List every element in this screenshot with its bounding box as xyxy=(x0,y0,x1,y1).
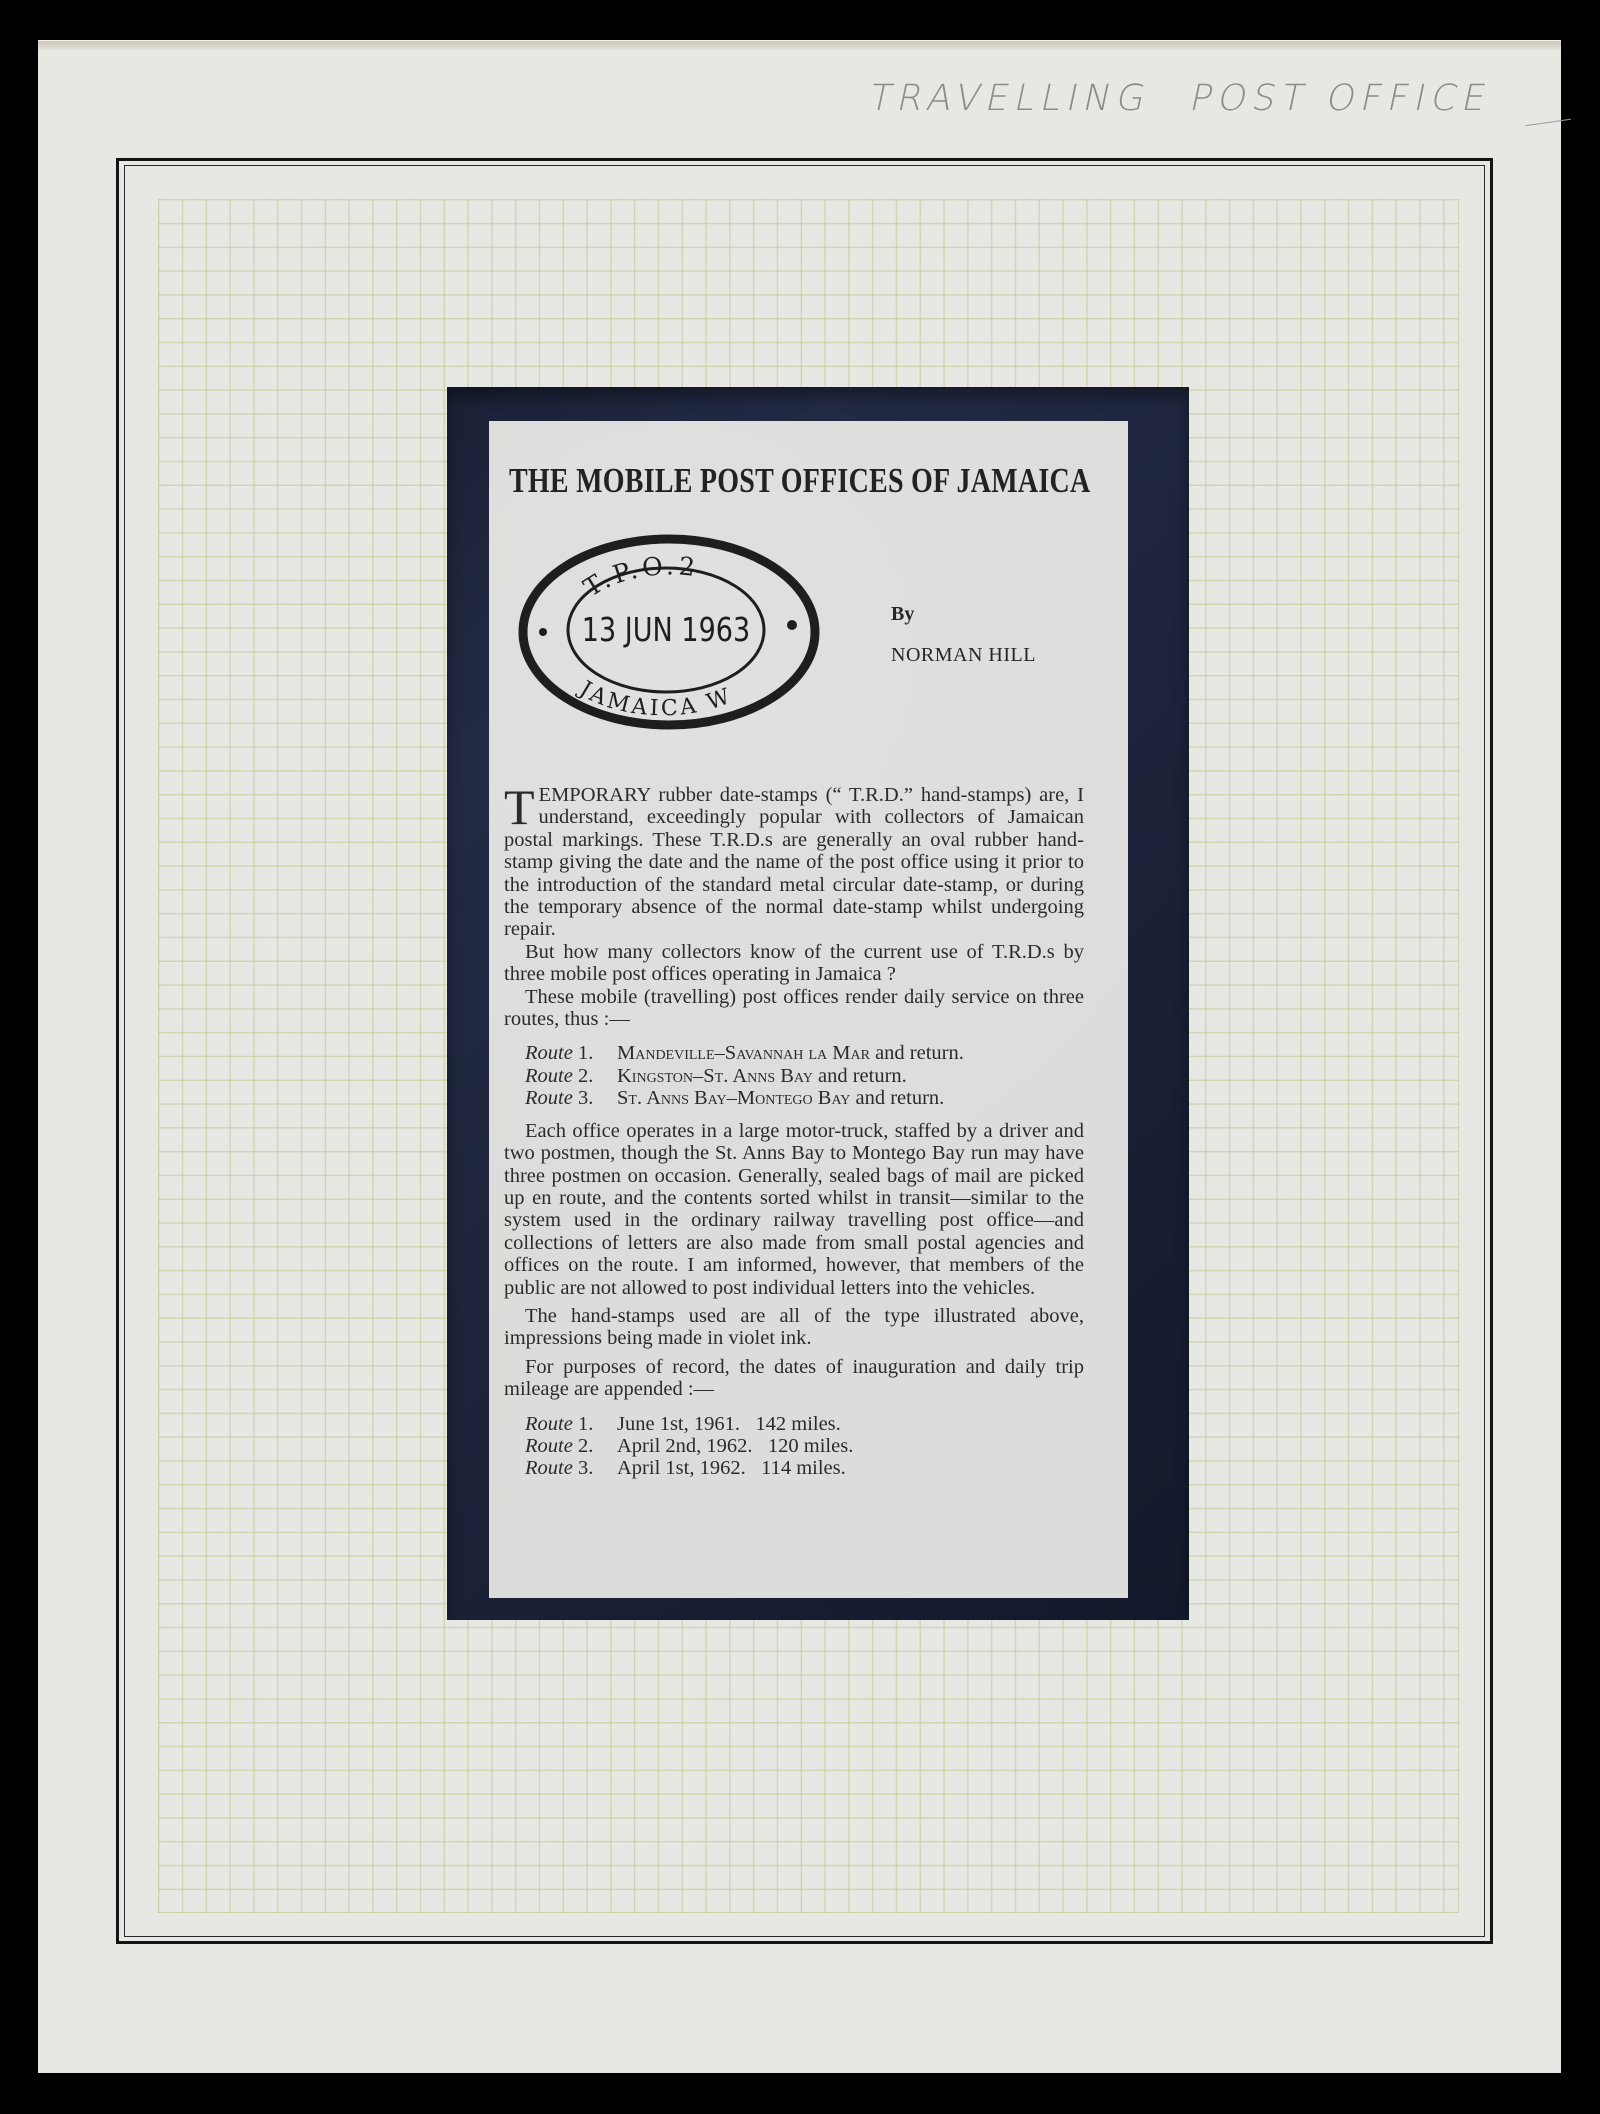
route-item: Route 3.St. Anns Bay–Montego Bay and ret… xyxy=(525,1087,1084,1109)
route-item: Route 2.Kingston–St. Anns Bay and return… xyxy=(525,1065,1084,1087)
paragraph-2: But how many collectors know of the curr… xyxy=(504,941,1084,986)
paragraph-3: These mobile (travelling) post offices r… xyxy=(504,986,1084,1031)
paragraph-1: TEMPORARY rubber date-stamps (“ T.R.D.” … xyxy=(504,784,1084,941)
byline: By NORMAN HILL xyxy=(891,603,1036,667)
inauguration-list: Route 1.June 1st, 1961. 142 miles. Route… xyxy=(525,1413,1084,1480)
routes-list: Route 1.Mandeville–Savannah la Mar and r… xyxy=(525,1042,1084,1109)
svg-text:13 JUN 1963: 13 JUN 1963 xyxy=(582,611,750,649)
paragraph-6: For purposes of record, the dates of ina… xyxy=(504,1356,1084,1401)
annotation-word-1: TRAVELLING xyxy=(866,78,1156,119)
route-item: Route 1.Mandeville–Savannah la Mar and r… xyxy=(525,1042,1084,1064)
annotation-word-2: POST OFFICE xyxy=(1186,78,1495,119)
article-body: TEMPORARY rubber date-stamps (“ T.R.D.” … xyxy=(504,784,1084,1490)
page-top-edge xyxy=(38,41,1561,50)
byline-author: NORMAN HILL xyxy=(891,644,1036,667)
handwritten-annotation: TRAVELLINGPOST OFFICE xyxy=(866,78,1565,119)
oval-postmark-icon: T.P.O.2 13 JUN 1963 JAMAICA W.I. xyxy=(511,529,826,735)
paragraph-4: Each office operates in a large motor-tr… xyxy=(504,1120,1084,1299)
byline-by: By xyxy=(891,603,1036,626)
postmark-illustration: T.P.O.2 13 JUN 1963 JAMAICA W.I. xyxy=(511,529,826,735)
svg-text:T.P.O.2: T.P.O.2 xyxy=(578,551,700,602)
inauguration-item: Route 2.April 2nd, 1962. 120 miles. xyxy=(525,1435,1084,1457)
inauguration-item: Route 1.June 1st, 1961. 142 miles. xyxy=(525,1413,1084,1435)
drop-cap: T xyxy=(504,787,535,827)
paragraph-5: The hand-stamps used are all of the type… xyxy=(504,1305,1084,1350)
inauguration-item: Route 3.April 1st, 1962. 114 miles. xyxy=(525,1457,1084,1479)
article-clipping: THE MOBILE POST OFFICES OF JAMAICA T.P.O… xyxy=(489,421,1128,1598)
article-title: THE MOBILE POST OFFICES OF JAMAICA xyxy=(509,461,989,501)
